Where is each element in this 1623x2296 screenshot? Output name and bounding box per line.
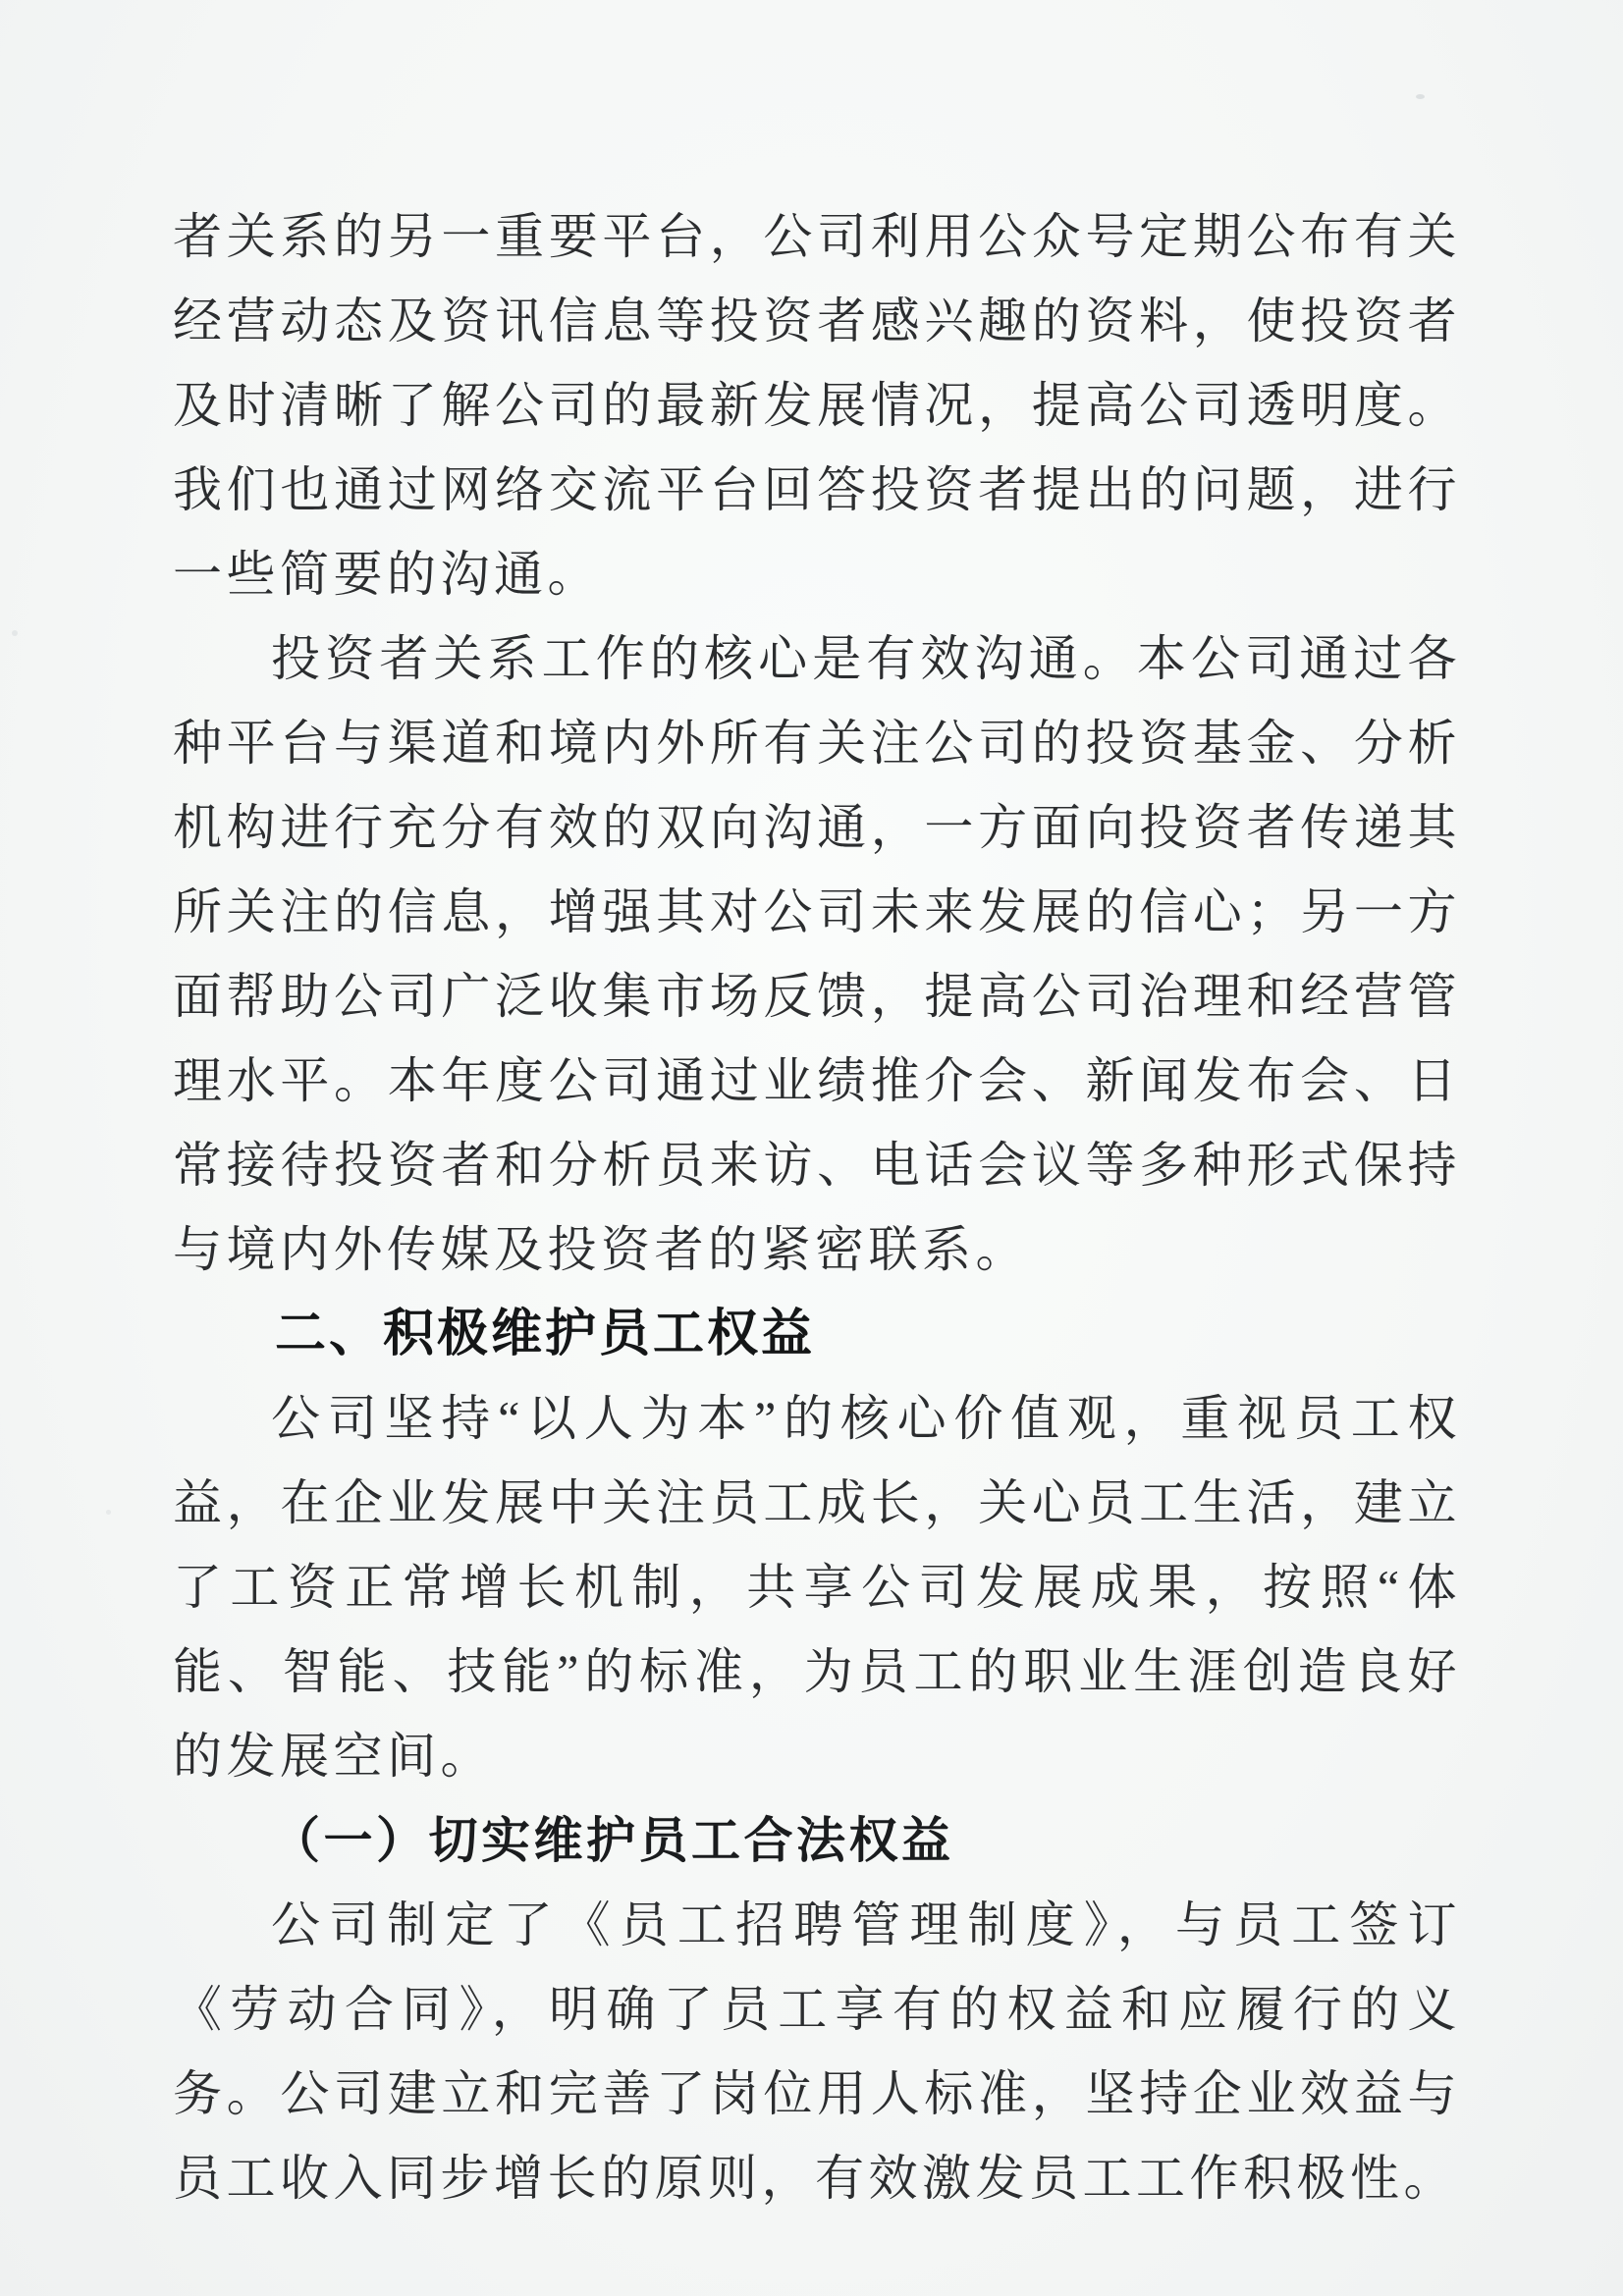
paragraph-people-oriented-values: 公司坚持“以人为本”的核心价值观，重视员工权益，在企业发展中关注员工成长，关心员… [173, 1376, 1461, 1798]
document-body: 者关系的另一重要平台，公司利用公众号定期公布有关经营动态及资讯信息等投资者感兴趣… [173, 194, 1461, 2220]
section-heading-employee-rights: 二、积极维护员工权益 [173, 1292, 1461, 1376]
document-page: 者关系的另一重要平台，公司利用公众号定期公布有关经营动态及资讯信息等投资者感兴趣… [0, 0, 1623, 2296]
scan-noise-speck [106, 1510, 111, 1515]
subsection-heading-legal-rights: （一）切实维护员工合法权益 [173, 1798, 1461, 1883]
scan-noise-speck [1416, 94, 1425, 99]
paragraph-recruitment-labor-contract: 公司制定了《员工招聘管理制度》，与员工签订《劳动合同》，明确了员工享有的权益和应… [173, 1883, 1461, 2220]
paragraph-investor-communication: 投资者关系工作的核心是有效沟通。本公司通过各种平台与渠道和境内外所有关注公司的投… [173, 616, 1461, 1292]
scan-noise-speck [12, 630, 18, 636]
paragraph-investor-platform-continuation: 者关系的另一重要平台，公司利用公众号定期公布有关经营动态及资讯信息等投资者感兴趣… [173, 194, 1461, 616]
